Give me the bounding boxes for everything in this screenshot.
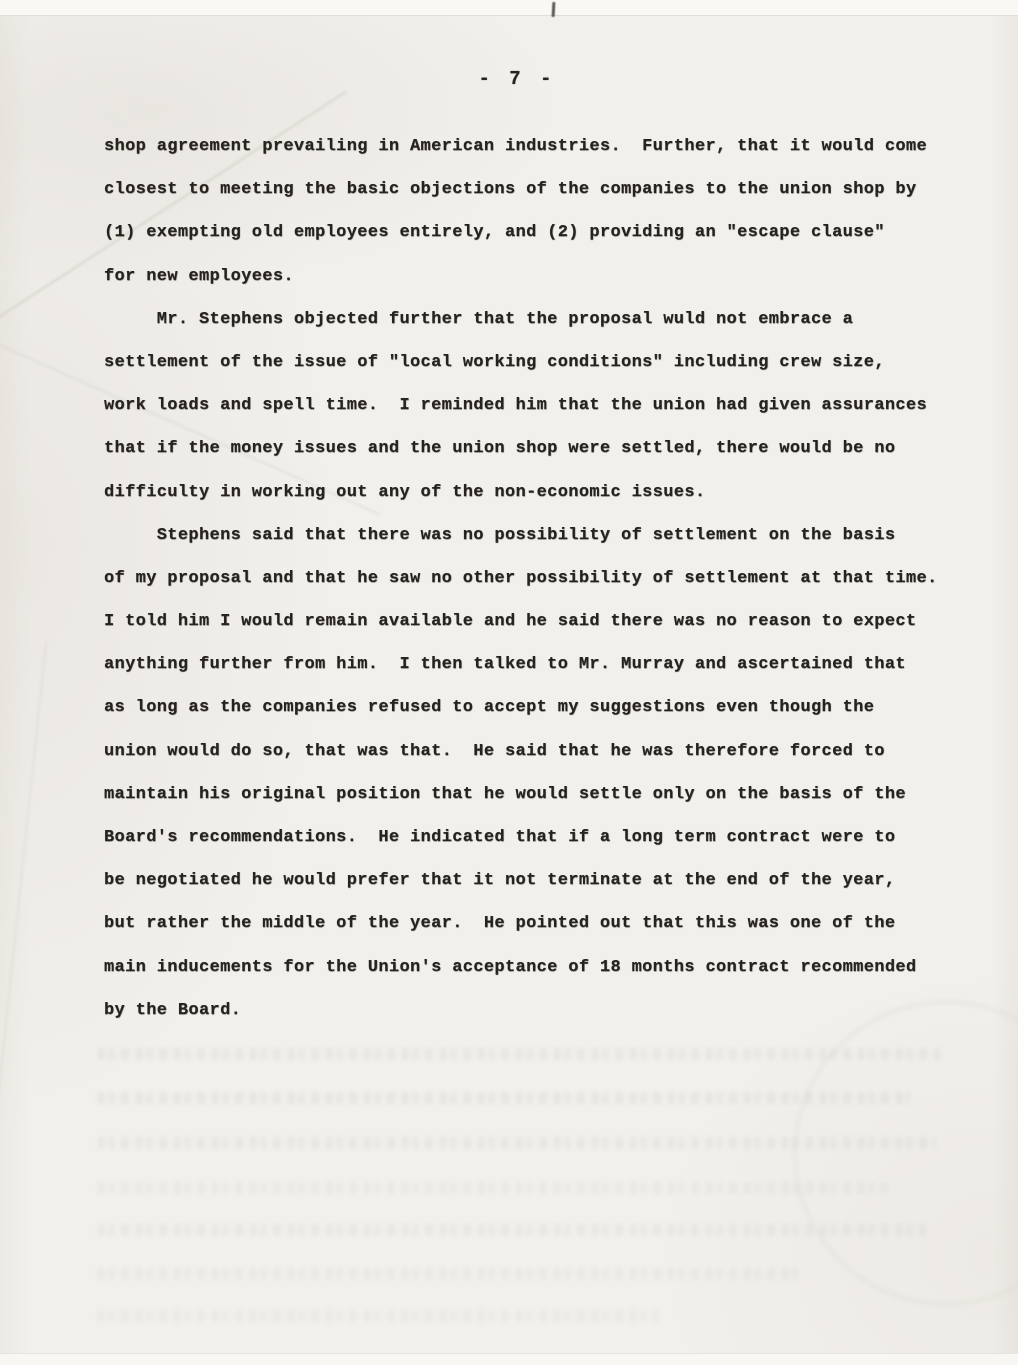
paragraph: shop agreement prevailing in American in… — [104, 125, 964, 298]
page-number: - 7 - — [0, 68, 1018, 90]
text-line: shop agreement prevailing in American in… — [104, 125, 964, 168]
text-line: (1) exempting old employees entirely, an… — [104, 211, 964, 254]
bleed-through-line — [98, 1092, 910, 1104]
text-line: difficulty in working out any of the non… — [104, 471, 964, 514]
text-line: I told him I would remain available and … — [104, 600, 964, 643]
text-line: that if the money issues and the union s… — [104, 427, 964, 470]
text-line: be negotiated he would prefer that it no… — [104, 859, 964, 902]
scan-edge-top — [0, 0, 1018, 16]
text-line: by the Board. — [104, 989, 964, 1032]
bleed-through-line — [98, 1224, 926, 1236]
document-body: shop agreement prevailing in American in… — [104, 125, 964, 1032]
bleed-through-line — [98, 1048, 943, 1060]
text-line: main inducements for the Union's accepta… — [104, 946, 964, 989]
scanned-document-page: - 7 - shop agreement prevailing in Ameri… — [0, 0, 1018, 1365]
scan-edge-bottom — [0, 1353, 1018, 1365]
text-line: of my proposal and that he saw no other … — [104, 557, 964, 600]
text-line: union would do so, that was that. He sai… — [104, 730, 964, 773]
text-line: anything further from him. I then talked… — [104, 643, 964, 686]
text-line: Stephens said that there was no possibil… — [104, 514, 964, 557]
text-line: maintain his original position that he w… — [104, 773, 964, 816]
bleed-through-line — [98, 1310, 658, 1322]
bleed-through-line — [98, 1268, 798, 1280]
bleed-through-line — [98, 1182, 888, 1194]
text-line: as long as the companies refused to acce… — [104, 686, 964, 729]
text-line: work loads and spell time. I reminded hi… — [104, 384, 964, 427]
text-line: closest to meeting the basic objections … — [104, 168, 964, 211]
paragraph: Mr. Stephens objected further that the p… — [104, 298, 964, 514]
bleed-through-line — [98, 1137, 936, 1149]
text-line: but rather the middle of the year. He po… — [104, 902, 964, 945]
text-line: settlement of the issue of "local workin… — [104, 341, 964, 384]
paragraph: Stephens said that there was no possibil… — [104, 514, 964, 1032]
text-line: Board's recommendations. He indicated th… — [104, 816, 964, 859]
text-line: Mr. Stephens objected further that the p… — [104, 298, 964, 341]
text-line: for new employees. — [104, 255, 964, 298]
